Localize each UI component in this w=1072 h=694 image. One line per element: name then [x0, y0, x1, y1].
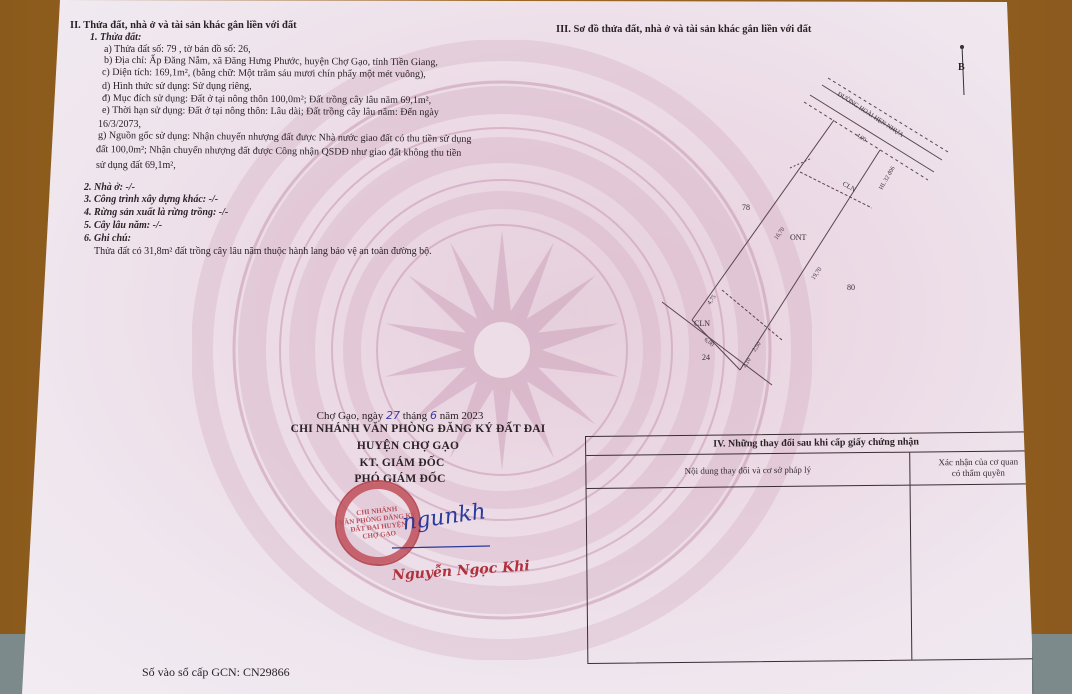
- svg-text:4,90: 4,90: [855, 133, 867, 144]
- role-line1: KT. GIÁM ĐỐC: [360, 458, 445, 470]
- svg-text:2,10: 2,10: [742, 357, 753, 369]
- gcn-register-number: Số vào sổ cấp GCN: CN29866: [142, 667, 290, 679]
- date-day: 27: [386, 409, 400, 422]
- item-house: 2. Nhà ở: -/-: [84, 182, 135, 194]
- north-label: B: [958, 62, 965, 74]
- item-other-construction: 3. Công trình xây dựng khác: -/-: [84, 194, 218, 206]
- field-usage-term-date: 16/3/2073,: [98, 119, 141, 131]
- item-notes-title: 6. Ghi chú:: [84, 233, 131, 245]
- svg-text:CLN: CLN: [841, 180, 857, 194]
- svg-text:19,70: 19,70: [811, 267, 824, 282]
- column-change-content: Nội dung thay đổi và cơ sở pháp lý: [586, 453, 909, 489]
- parcel-map: 78 80 24 ONT CLN CLN HL 32 đ06 ĐƯỜNG HOÀ…: [642, 40, 982, 400]
- svg-text:80: 80: [847, 283, 855, 292]
- section-3-title: III. Sơ đồ thửa đất, nhà ở và tài sản kh…: [556, 24, 811, 36]
- note-text: Thửa đất có 31,8m² đất trồng cây lâu năm…: [94, 246, 432, 258]
- svg-text:78: 78: [742, 203, 750, 212]
- svg-text:24: 24: [702, 353, 710, 362]
- field-origin-line2: đất 100,0m²; Nhận chuyển nhượng đất được…: [96, 144, 461, 159]
- column-authority-confirmation: Xác nhận của cơ quancó thẩm quyền: [910, 451, 1046, 485]
- signature-underline: [390, 530, 500, 560]
- svg-text:ONT: ONT: [790, 233, 807, 242]
- field-area: c) Diện tích: 169,1m², (bằng chữ: Một tr…: [102, 67, 426, 81]
- section-2-title: II. Thửa đất, nhà ở và tài sản khác gắn …: [70, 20, 297, 32]
- issuing-org-line2: HUYỆN CHỢ GẠO: [357, 441, 459, 453]
- item-production-forest: 4. Rừng sản xuất là rừng trồng: -/-: [84, 207, 228, 219]
- section-2-1-title: 1. Thửa đất:: [90, 32, 141, 44]
- field-parcel-number: a) Thửa đất số: 79 , tờ bản đồ số: 26,: [104, 44, 251, 56]
- changes-table: IV. Những thay đổi sau khi cấp giấy chứn…: [585, 431, 1049, 664]
- svg-text:ĐƯỜNG HOÀI HẸN NHỰA: ĐƯỜNG HOÀI HẸN NHỰA: [836, 90, 906, 139]
- field-usage-form: d) Hình thức sử dụng: Sử dụng riêng,: [102, 81, 252, 93]
- issuing-org-line1: CHI NHÁNH VĂN PHÒNG ĐĂNG KÝ ĐẤT ĐAI: [291, 424, 546, 436]
- field-origin-line3: sử dụng đất 69,1m²,: [96, 160, 176, 172]
- svg-text:CLN: CLN: [694, 319, 710, 328]
- land-certificate-page: II. Thửa đất, nhà ở và tài sản khác gắn …: [22, 0, 1032, 694]
- svg-text:16,70: 16,70: [774, 227, 787, 242]
- field-usage-term: e) Thời hạn sử dụng: Đất ở tại nông thôn…: [102, 105, 439, 119]
- svg-text:6,00: 6,00: [703, 337, 715, 348]
- svg-text:HL 32 đ06: HL 32 đ06: [879, 166, 897, 191]
- item-perennial-trees: 5. Cây lâu năm: -/-: [84, 220, 162, 232]
- svg-text:2,50: 2,50: [752, 341, 763, 353]
- svg-text:4,75: 4,75: [707, 294, 718, 306]
- issue-date: Chợ Gạo, ngày 27 tháng 6 năm 2023: [317, 410, 484, 423]
